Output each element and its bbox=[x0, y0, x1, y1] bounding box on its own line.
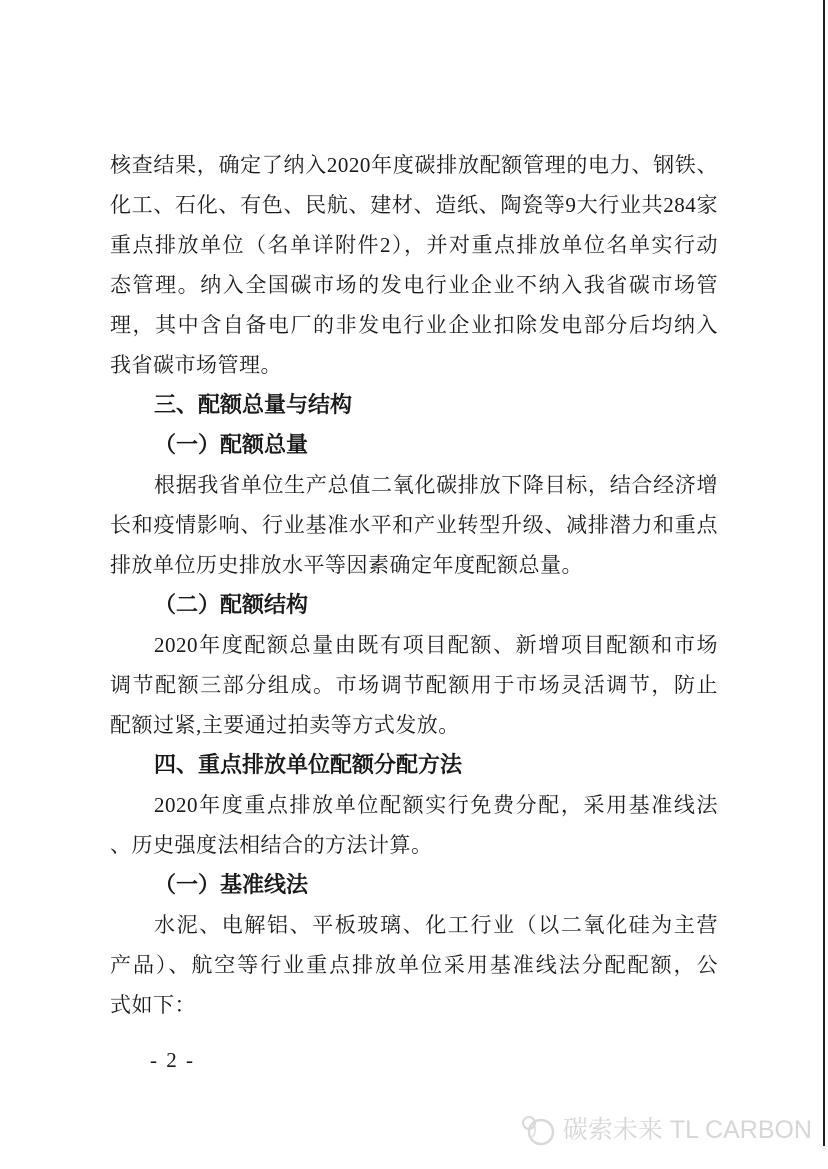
watermark-text: 碳索未来 TL CARBON bbox=[563, 1112, 812, 1148]
text-line: 排放单位历史排放水平等因素确定年度配额总量。 bbox=[110, 545, 718, 585]
paragraph: 根据我省单位生产总值二氧化碳排放下降目标，结合经济增长和疫情影响、行业基准水平和… bbox=[110, 465, 718, 585]
text-line: 产品）、航空等行业重点排放单位采用基准线法分配配额，公 bbox=[110, 945, 718, 985]
text-line: 式如下： bbox=[110, 985, 718, 1025]
scan-edge-line bbox=[823, 0, 825, 1146]
text-line: 理，其中含自备电厂的非发电行业企业扣除发电部分后均纳入 bbox=[110, 305, 718, 345]
paragraph: 核查结果，确定了纳入2020年度碳排放配额管理的电力、钢铁、化工、石化、有色、民… bbox=[110, 145, 718, 385]
section-heading: 四、重点排放单位配额分配方法 bbox=[110, 745, 718, 785]
text-line: 重点排放单位（名单详附件2），并对重点排放单位名单实行动 bbox=[110, 225, 718, 265]
text-line: 调节配额三部分组成。市场调节配额用于市场灵活调节，防止 bbox=[110, 665, 718, 705]
text-line: 长和疫情影响、行业基准水平和产业转型升级、减排潜力和重点 bbox=[110, 505, 718, 545]
text-line: 化工、石化、有色、民航、建材、造纸、陶瓷等9大行业共284家 bbox=[110, 185, 718, 225]
text-line: 2020年度配额总量由既有项目配额、新增项目配额和市场 bbox=[110, 625, 718, 665]
text-line: 、历史强度法相结合的方法计算。 bbox=[110, 825, 718, 865]
tl-carbon-logo-icon bbox=[520, 1113, 556, 1147]
document-body: 核查结果，确定了纳入2020年度碳排放配额管理的电力、钢铁、化工、石化、有色、民… bbox=[110, 145, 718, 1025]
section-heading: （二）配额结构 bbox=[110, 585, 718, 625]
paragraph: 水泥、电解铝、平板玻璃、化工行业（以二氧化硅为主营产品）、航空等行业重点排放单位… bbox=[110, 905, 718, 1025]
text-line: 根据我省单位生产总值二氧化碳排放下降目标，结合经济增 bbox=[110, 465, 718, 505]
document-page: 核查结果，确定了纳入2020年度碳排放配额管理的电力、钢铁、化工、石化、有色、民… bbox=[0, 0, 828, 1169]
page-number: - 2 - bbox=[150, 1046, 195, 1074]
section-heading: 三、配额总量与结构 bbox=[110, 385, 718, 425]
text-line: 态管理。纳入全国碳市场的发电行业企业不纳入我省碳市场管 bbox=[110, 265, 718, 305]
section-heading: （一）基准线法 bbox=[110, 865, 718, 905]
text-line: 2020年度重点排放单位配额实行免费分配，采用基准线法 bbox=[110, 785, 718, 825]
section-heading: （一）配额总量 bbox=[110, 425, 718, 465]
paragraph: 2020年度配额总量由既有项目配额、新增项目配额和市场调节配额三部分组成。市场调… bbox=[110, 625, 718, 745]
text-line: 配额过紧,主要通过拍卖等方式发放。 bbox=[110, 705, 718, 745]
paragraph: 2020年度重点排放单位配额实行免费分配，采用基准线法、历史强度法相结合的方法计… bbox=[110, 785, 718, 865]
text-line: 核查结果，确定了纳入2020年度碳排放配额管理的电力、钢铁、 bbox=[110, 145, 718, 185]
watermark: 碳索未来 TL CARBON bbox=[520, 1112, 812, 1148]
text-line: 水泥、电解铝、平板玻璃、化工行业（以二氧化硅为主营 bbox=[110, 905, 718, 945]
text-line: 我省碳市场管理。 bbox=[110, 345, 718, 385]
